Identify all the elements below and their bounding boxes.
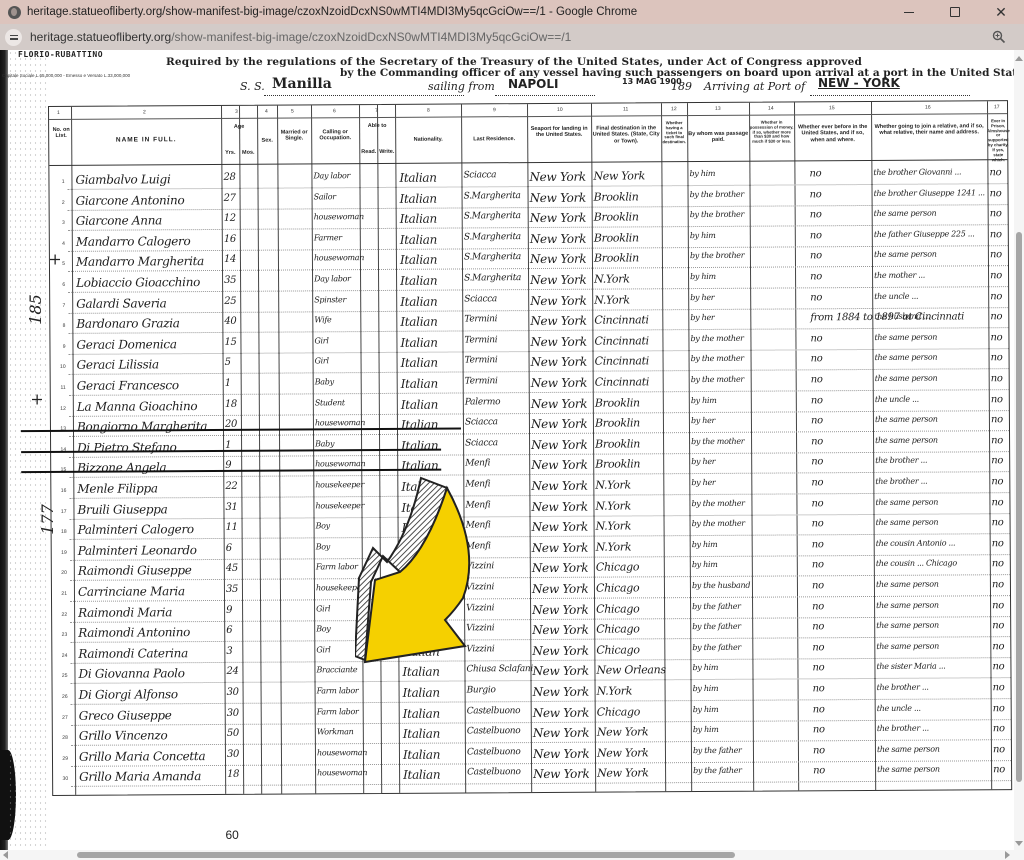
url-path: /show-manifest-big-image/czoxNzoidDcxNS0… <box>171 30 571 44</box>
cell-prev: no <box>812 642 824 653</box>
globe-icon <box>8 6 21 19</box>
cell-dest: New York <box>597 746 649 759</box>
cell-nat: Italian <box>403 768 440 782</box>
cell-joining: the same person <box>877 744 940 753</box>
cell-age: 18 <box>225 398 237 409</box>
cell-name: Geraci Francesco <box>77 378 179 393</box>
cell-age: 24 <box>226 666 238 677</box>
cell-prison: no <box>992 641 1004 652</box>
cell-joining: the same person <box>874 332 937 341</box>
cell-occ: Baby <box>315 439 334 448</box>
cell-name: Mandarro Calogero <box>76 234 191 249</box>
cell-prev: no <box>812 580 824 591</box>
yellow-arrow-pointer-icon <box>355 460 475 680</box>
cell-joining: the uncle ... <box>874 291 918 300</box>
row-number: 1 <box>52 179 64 185</box>
cell-paid: by the father <box>692 601 741 610</box>
cell-occ: Wife <box>314 315 331 324</box>
cell-age: 5 <box>225 357 231 368</box>
cell-occ: Day labor <box>313 171 350 180</box>
cell-joining: the uncle ... <box>877 703 921 712</box>
cell-nat: Italian <box>400 335 437 349</box>
cell-prison: no <box>991 414 1003 425</box>
cell-prison: no <box>990 229 1002 240</box>
cell-dest: N.York <box>597 684 633 697</box>
cell-joining: the same person <box>875 497 938 506</box>
cell-prev: no <box>810 230 822 241</box>
row-number: 8 <box>53 323 65 329</box>
col-header-name: NAME IN FULL. <box>73 136 219 144</box>
cell-port: New York <box>532 541 588 555</box>
cell-joining: the same person <box>875 435 938 444</box>
cell-port: New York <box>531 479 587 493</box>
cell-port: New York <box>529 170 585 184</box>
row-number: 4 <box>53 241 65 247</box>
cell-age: 30 <box>227 749 239 760</box>
cell-occ: Boy <box>316 624 330 633</box>
cell-paid: by him <box>693 705 719 714</box>
cell-paid: by the husband <box>692 581 750 590</box>
cell-port: New York <box>533 747 589 761</box>
cell-res: Termini <box>465 356 498 366</box>
col-header-able: Able to <box>359 123 395 130</box>
url-domain: heritage.statueofliberty.org <box>30 30 171 44</box>
cell-res: S.Margherita <box>464 191 521 201</box>
cell-paid: by him <box>692 560 718 569</box>
row-number: 10 <box>54 364 66 370</box>
cell-paid: by him <box>692 540 718 549</box>
cell-name: Grillo Maria Concetta <box>79 749 205 764</box>
cell-dest: Cincinnati <box>594 314 648 327</box>
col-header-no: No. on List. <box>51 127 71 140</box>
cell-res: Sciacca <box>464 294 497 304</box>
cell-prev: no <box>811 498 823 509</box>
cell-age: 40 <box>224 316 236 327</box>
cell-prison: no <box>990 250 1002 261</box>
row-number: 9 <box>53 344 65 350</box>
cell-dest: Chicago <box>596 561 639 574</box>
col-header-ticket: Whether having a ticket to such final de… <box>661 121 687 145</box>
cell-age: 6 <box>226 543 232 554</box>
cell-res: Termini <box>464 314 497 324</box>
cell-paid: by the mother <box>691 354 744 363</box>
cell-age: 35 <box>224 275 236 286</box>
cell-name: La Manna Gioachino <box>77 399 198 414</box>
margin-mark: 185 <box>26 294 45 325</box>
address-bar[interactable]: heritage.statueofliberty.org/show-manife… <box>0 24 1024 50</box>
row-number: 26 <box>56 694 68 700</box>
cell-occ: Farm labor <box>317 686 359 695</box>
cell-prev: no <box>811 415 823 426</box>
row-number: 19 <box>55 550 67 556</box>
window-titlebar: heritage.statueofliberty.org/show-manife… <box>0 0 1024 24</box>
cell-prison: no <box>990 332 1002 343</box>
cell-port: New York <box>532 520 588 534</box>
cell-port: New York <box>532 623 588 637</box>
cell-name: Mandarro Margherita <box>76 254 204 269</box>
cell-joining: the father Giuseppe 225 ... <box>874 229 975 239</box>
cell-prison: no <box>991 435 1003 446</box>
cell-age: 11 <box>226 522 238 533</box>
cell-prev: no <box>811 477 823 488</box>
cell-occ: housewoman <box>315 418 365 427</box>
close-button[interactable]: ✕ <box>978 0 1024 24</box>
col-header-seaport: Seaport for landing in the United States… <box>527 126 591 139</box>
cell-age: 27 <box>224 192 236 203</box>
site-info-icon[interactable] <box>5 29 22 46</box>
col-header-nationality: Nationality. <box>395 136 461 143</box>
cell-prev: no <box>811 395 823 406</box>
cell-res: Castelbuono <box>467 768 521 778</box>
cell-port: New York <box>531 458 587 472</box>
cell-nat: Italian <box>401 397 438 411</box>
cell-res: Castelbuono <box>467 706 521 716</box>
cell-occ: Boy <box>316 542 330 551</box>
cell-paid: by him <box>690 231 716 240</box>
cell-name: Giarcone Anna <box>76 213 162 228</box>
row-number: 7 <box>53 302 65 308</box>
cell-age: 35 <box>226 584 238 595</box>
cell-dest: Brooklin <box>595 396 640 409</box>
cell-occ: Workman <box>317 727 354 736</box>
cell-joining: the same person <box>877 765 940 774</box>
cell-dest: Brooklin <box>594 231 639 244</box>
cell-dest: N.York <box>595 478 631 491</box>
cell-port: New York <box>530 252 586 266</box>
cell-prison: no <box>992 579 1004 590</box>
cell-joining: the sister Maria ... <box>876 662 945 671</box>
cell-occ: Student <box>315 398 345 407</box>
cell-dest: New Orleans <box>596 664 665 677</box>
scan-edge <box>0 50 8 860</box>
cell-paid: by the father <box>693 766 742 775</box>
cell-prison: no <box>991 373 1003 384</box>
col-header-final-destination: Final destination in the United States. … <box>591 125 661 144</box>
cell-paid: by him <box>691 396 717 405</box>
cell-prison: no <box>992 559 1004 570</box>
cell-nat: Italian <box>400 294 437 308</box>
cell-prev: no <box>812 518 824 529</box>
col-header-occupation: Calling or Occupation. <box>311 129 359 142</box>
cell-prison: no <box>990 208 1002 219</box>
cell-paid: by the father <box>692 643 741 652</box>
cell-dest: Cincinnati <box>595 355 649 368</box>
cell-prison: no <box>990 188 1002 199</box>
cell-prison: no <box>992 662 1004 673</box>
cell-prison: no <box>990 291 1002 302</box>
cell-joining: the same person <box>876 580 939 589</box>
cell-joining: the brother ... <box>877 683 929 692</box>
cell-name: Giambalvo Luigi <box>75 172 170 187</box>
cell-dest: Brooklin <box>594 190 639 203</box>
cell-occ: Sailor <box>314 192 336 201</box>
vertical-scroll-thumb[interactable] <box>1016 232 1022 782</box>
minimize-icon <box>904 12 914 13</box>
cell-name: Lobiaccio Gioacchino <box>76 275 200 290</box>
cell-nat: Italian <box>403 747 440 761</box>
vertical-scrollbar[interactable] <box>1014 50 1024 850</box>
cell-nat: Italian <box>403 706 440 720</box>
cell-occ: housewoman <box>314 253 364 262</box>
cell-paid: by the mother <box>690 334 743 343</box>
cell-port: New York <box>530 232 586 246</box>
cell-age: 30 <box>227 687 239 698</box>
cell-joining: the brother ... <box>875 477 927 486</box>
cell-prev: no <box>810 333 822 344</box>
cell-prison: no <box>989 167 1001 178</box>
cell-joining: the husband ... <box>874 312 930 321</box>
cell-name: Carrinciane Maria <box>78 584 185 599</box>
row-number: 22 <box>55 611 67 617</box>
manifest-image-viewport[interactable]: FLORIO-RUBATTINO Capitale Sociale L.65,0… <box>0 50 1024 860</box>
cell-port: New York <box>532 582 588 596</box>
cell-age: 3 <box>226 646 232 657</box>
cell-prev: no <box>813 683 825 694</box>
cell-dest: N.York <box>594 272 630 285</box>
cell-occ: housewoman <box>317 748 367 757</box>
cell-joining: the uncle ... <box>875 394 919 403</box>
close-icon: ✕ <box>995 4 1007 21</box>
cell-prev: no <box>813 745 825 756</box>
cell-port: New York <box>533 726 589 740</box>
line-company: FLORIO-RUBATTINO <box>18 50 103 59</box>
cell-prev: no <box>810 189 822 200</box>
cell-res: Castelbuono <box>467 726 521 736</box>
row-number: 20 <box>55 570 67 576</box>
cell-age: 1 <box>225 378 231 389</box>
maximize-button[interactable] <box>932 0 978 24</box>
cell-port: New York <box>532 644 588 658</box>
cell-age: 14 <box>224 254 236 265</box>
cell-prev: no <box>810 209 822 220</box>
ss-label: S. S. <box>240 80 265 93</box>
url-text[interactable]: heritage.statueofliberty.org/show-manife… <box>30 30 571 44</box>
cell-dest: Cincinnati <box>594 334 648 347</box>
cell-paid: by her <box>691 457 715 466</box>
cell-port: New York <box>532 561 588 575</box>
arriving-label: Arriving at Port of <box>704 80 805 93</box>
row-number: 6 <box>53 282 65 288</box>
cell-prev: no <box>812 621 824 632</box>
cell-age: 22 <box>225 481 237 492</box>
cell-prev: no <box>811 374 823 385</box>
window-title: heritage.statueofliberty.org/show-manife… <box>27 6 637 18</box>
cell-dest: Chicago <box>596 581 639 594</box>
cell-joining: the same person <box>874 250 937 259</box>
row-number: 27 <box>56 714 68 720</box>
col-header-sex: Sex. <box>257 138 277 144</box>
col-header-prison: Ever in Prison, Almshouse or supported b… <box>987 119 1009 163</box>
arriving-port: NEW - YORK <box>818 76 900 90</box>
cell-name: Raimondi Antonino <box>78 625 190 640</box>
cell-paid: by him <box>689 169 715 178</box>
cell-prison: no <box>993 723 1005 734</box>
cell-port: New York <box>530 335 586 349</box>
sailing-from: NAPOLI <box>508 77 558 91</box>
cell-joining: the same person <box>875 353 938 362</box>
cell-occ: Baby <box>315 377 334 386</box>
sailing-label: sailing from <box>428 80 495 93</box>
cell-occ: Girl <box>315 357 329 366</box>
row-number: 23 <box>55 632 67 638</box>
zoom-icon[interactable] <box>992 30 1006 44</box>
cell-prison: no <box>991 353 1003 364</box>
cell-nat: Italian <box>401 356 438 370</box>
cell-prev: no <box>811 457 823 468</box>
cell-occ: housewoman <box>314 212 364 221</box>
cell-occ: Day labor <box>314 274 351 283</box>
minimize-button[interactable] <box>886 0 932 24</box>
cell-res: Sciacca <box>465 438 498 448</box>
cell-name: Di Giovanna Paolo <box>78 667 184 682</box>
cell-paid: by the mother <box>692 519 745 528</box>
cell-name: Raimondi Giuseppe <box>78 564 192 579</box>
cell-res: Burgio <box>467 685 496 695</box>
cell-port: New York <box>533 685 589 699</box>
cell-name: Raimondi Caterina <box>78 646 188 661</box>
margin-mark: + <box>27 393 46 406</box>
col-header-married: Married or Single. <box>277 129 311 142</box>
cell-nat: Italian <box>400 274 437 288</box>
cell-paid: by her <box>691 416 715 425</box>
cell-joining: the brother ... <box>877 724 929 733</box>
cell-res: Termini <box>464 335 497 345</box>
cell-prison: no <box>992 538 1004 549</box>
cell-dest: Chicago <box>596 643 639 656</box>
cell-prev: no <box>812 663 824 674</box>
cell-occ: Girl <box>314 336 328 345</box>
cell-port: New York <box>531 396 587 410</box>
cell-joining: the cousin ... Chicago <box>876 559 957 568</box>
cell-age: 50 <box>227 728 239 739</box>
cell-age: 31 <box>225 501 237 512</box>
margin-mark: 177 <box>38 504 57 535</box>
cell-name: Menle Filippa <box>77 481 157 495</box>
cell-dest: Chicago <box>596 623 639 636</box>
cell-age: 9 <box>226 604 232 615</box>
cell-prison: no <box>993 682 1005 693</box>
cell-prison: no <box>993 765 1005 776</box>
cell-res: Chiusa Sclafani <box>466 664 533 674</box>
cell-name: Geraci Domenica <box>76 337 176 352</box>
cell-res: S.Margherita <box>464 253 521 263</box>
cell-prison: no <box>993 703 1005 714</box>
cell-age: 45 <box>226 563 238 574</box>
cell-prev: no <box>812 560 824 571</box>
cell-paid: by him <box>692 663 718 672</box>
cell-port: New York <box>530 293 586 307</box>
horizontal-scroll-thumb[interactable] <box>77 852 735 858</box>
cell-paid: by the brother <box>690 251 744 260</box>
passenger-manifest-table: 1 2 3 4 5 6 7 8 9 10 11 12 13 14 15 16 1… <box>48 100 1012 796</box>
cell-joining: the same person <box>876 641 939 650</box>
cell-dest: Brooklin <box>595 417 640 430</box>
voyage-line: S. S. Manilla sailing from NAPOLI 13 MAG… <box>240 80 980 98</box>
cell-age: 15 <box>224 337 236 348</box>
cell-dest: New York <box>597 726 649 739</box>
row-number: 3 <box>53 220 65 226</box>
cell-prev: no <box>812 539 824 550</box>
cell-nat: Italian <box>400 212 437 226</box>
cell-paid: by him <box>690 272 716 281</box>
scroll-left-arrow-icon[interactable] <box>3 851 8 859</box>
cell-age: 18 <box>227 769 239 780</box>
cell-occ: Girl <box>316 604 330 613</box>
row-number: 30 <box>56 776 68 782</box>
cell-prison: no <box>992 600 1004 611</box>
cell-name: Greco Giuseppe <box>79 708 172 723</box>
cell-paid: by the father <box>692 622 741 631</box>
cell-port: New York <box>531 499 587 513</box>
cell-res: Sciacca <box>463 170 496 180</box>
cell-dest: N.York <box>594 293 630 306</box>
cell-age: 30 <box>227 707 239 718</box>
cell-nat: Italian <box>400 253 437 267</box>
cell-prev: no <box>811 436 823 447</box>
cell-nat: Italian <box>399 171 436 185</box>
cell-port: New York <box>533 705 589 719</box>
cell-age: 28 <box>223 172 235 183</box>
cell-joining: the same person <box>874 209 937 218</box>
cell-dest: Brooklin <box>595 437 640 450</box>
year-suffix: 189 <box>671 80 692 93</box>
cell-res: Castelbuono <box>467 747 521 757</box>
scroll-down-arrow-icon[interactable] <box>1015 841 1023 846</box>
cell-res: Sciacca <box>465 417 498 427</box>
cell-paid: by him <box>693 684 719 693</box>
col-header-joining-relative: Whether going to join a relative, and if… <box>871 123 987 136</box>
cell-nat: Italian <box>403 727 440 741</box>
page-number: 60 <box>225 828 238 842</box>
cell-prison: no <box>991 394 1003 405</box>
cell-port: New York <box>530 190 586 204</box>
horizontal-scrollbar[interactable] <box>0 850 1024 860</box>
cell-res: S.Margherita <box>464 211 521 221</box>
cell-paid: by the mother <box>691 437 744 446</box>
cell-prev: no <box>813 704 825 715</box>
scroll-up-arrow-icon[interactable] <box>1015 56 1023 61</box>
cell-joining: the mother ... <box>874 271 925 280</box>
cell-paid: by him <box>693 725 719 734</box>
row-number: 29 <box>56 756 68 762</box>
cell-dest: Brooklin <box>594 211 639 224</box>
cell-joining: the same person <box>876 518 939 527</box>
cell-name: Palminteri Calogero <box>78 522 194 537</box>
cell-dest: Cincinnati <box>595 375 649 388</box>
cell-occ: Farmer <box>314 233 342 242</box>
cell-dest: Chicago <box>596 602 639 615</box>
cell-res: S.Margherita <box>464 232 521 242</box>
cell-name: Palminteri Leonardo <box>78 543 197 558</box>
scroll-right-arrow-icon[interactable] <box>1005 851 1010 859</box>
col-header-age: Age <box>221 124 257 131</box>
cell-prison: no <box>992 517 1004 528</box>
cell-joining: the brother Giovanni ... <box>873 167 961 177</box>
cell-dest: Brooklin <box>594 252 639 265</box>
cell-prison: no <box>990 270 1002 281</box>
row-number: 12 <box>54 405 66 411</box>
cell-age: 25 <box>224 295 236 306</box>
cell-paid: by the brother <box>690 210 744 219</box>
cell-nat: Italian <box>400 191 437 205</box>
cell-port: New York <box>531 376 587 390</box>
cell-age: 12 <box>224 213 236 224</box>
cell-prev: no <box>812 601 824 612</box>
cell-dest: New York <box>593 169 645 182</box>
row-number: 25 <box>55 673 67 679</box>
cell-name: Bruili Giuseppa <box>77 502 167 517</box>
cell-dest: New York <box>597 767 649 780</box>
